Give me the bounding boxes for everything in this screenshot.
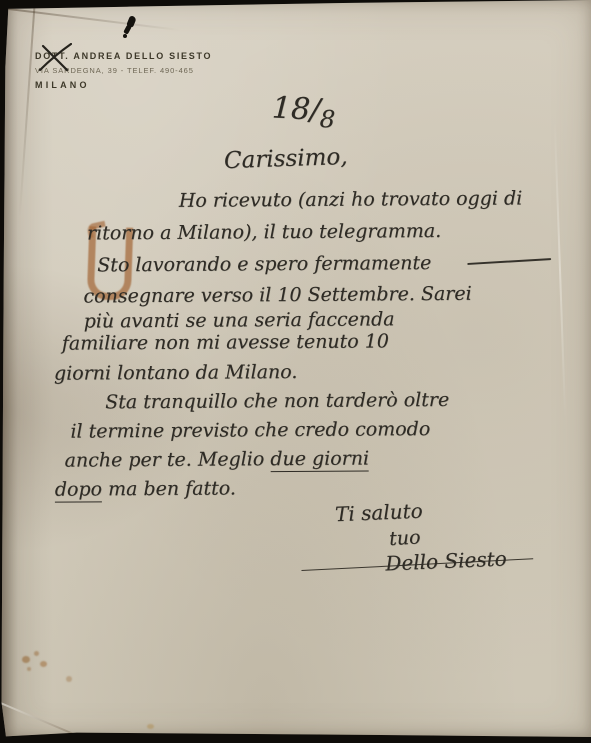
closing: Ti saluto (335, 499, 424, 527)
body-line-10-text: anche per te. Meglio (65, 448, 271, 471)
foxing-spot (147, 724, 154, 729)
body-line-11: dopo ma ben fatto. (55, 477, 236, 500)
body-line-1: Ho ricevuto (anzi ho trovato oggi di (179, 187, 523, 211)
body-line-9: il termine previsto che credo comodo (70, 418, 430, 443)
letter-body: Ho ricevuto (anzi ho trovato oggi di rit… (0, 0, 591, 743)
body-line-3: Sto lavorando e spero fermamente (97, 252, 431, 276)
body-line-2: ritorno a Milano), il tuo telegramma. (87, 220, 441, 244)
body-line-8: Sta tranquillo che non tarderò oltre (105, 389, 449, 413)
letter-paper: DOTT. ANDREA DELLO SIESTO VIA SARDEGNA, … (0, 0, 591, 743)
signoff: tuo (389, 526, 422, 550)
foxing-spot (40, 661, 47, 667)
underlined-dopo: dopo (55, 478, 102, 502)
pen-flourish (467, 258, 551, 264)
body-line-4: consegnare verso il 10 Settembre. Sarei (83, 283, 471, 308)
scanned-letter-page: { "letterhead": { "name": "DOTT. ANDREA … (0, 0, 591, 743)
body-line-10: anche per te. Meglio due giorni (65, 447, 370, 471)
body-line-5: più avanti se una seria faccenda (84, 308, 395, 332)
body-line-7: giorni lontano da Milano. (54, 361, 298, 385)
foxing-spot (34, 651, 39, 656)
underlined-due-giorni: due giorni (270, 447, 369, 472)
body-line-11-text: ma ben fatto. (102, 477, 236, 500)
signature: Dello Siesto (385, 546, 507, 575)
body-line-6: familiare non mi avesse tenuto 10 (62, 330, 389, 354)
foxing-spot (27, 667, 31, 671)
foxing-spot (66, 676, 72, 682)
foxing-spot (22, 656, 30, 663)
